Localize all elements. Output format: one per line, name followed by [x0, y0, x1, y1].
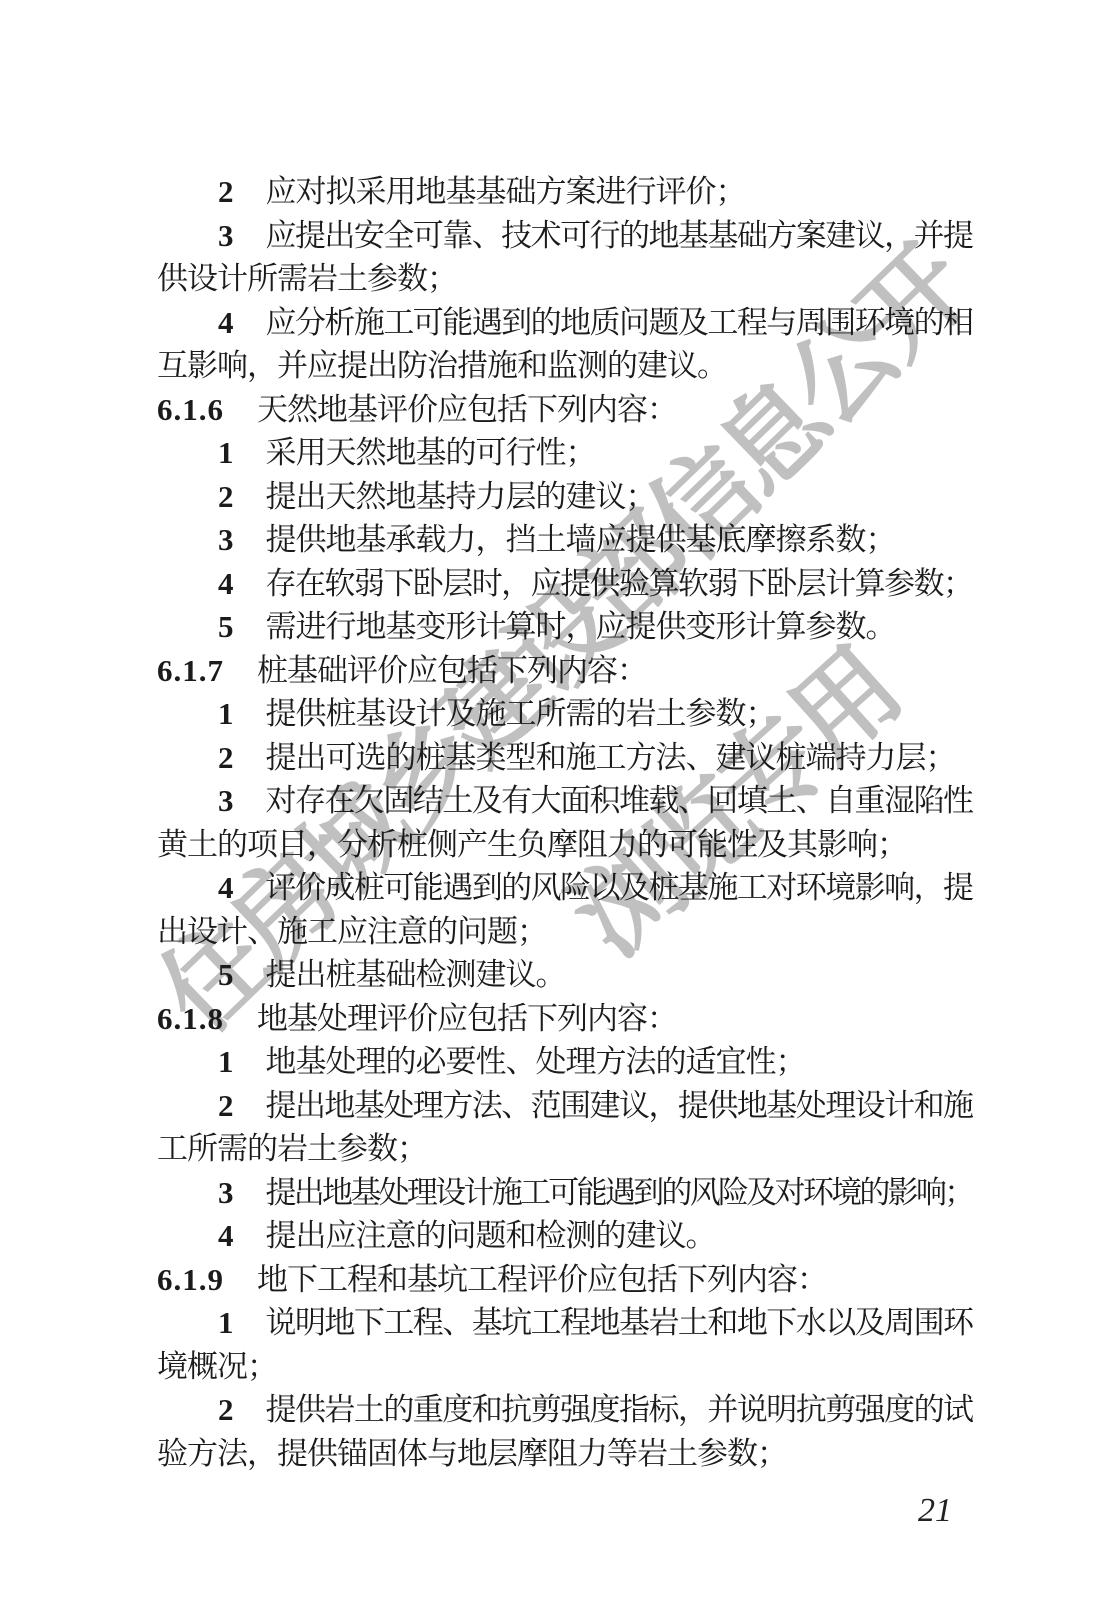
line-text: 地基处理的必要性、处理方法的适宜性；	[266, 1044, 806, 1079]
line-text: 评价成桩可能遇到的风险以及桩基施工对环境影响，提	[266, 870, 973, 905]
line-text: 验方法，提供锚固体与地层摩阻力等岩土参数；	[157, 1436, 787, 1471]
line-text: 应提出安全可靠、技术可行的地基基础方案建议，并提	[266, 218, 973, 253]
item-number: 1	[218, 1305, 235, 1340]
item-number: 3	[218, 783, 235, 818]
line-text: 需进行地基变形计算时，应提供变形计算参数。	[266, 609, 896, 644]
numbered-item-line: 4提出应注意的问题和检测的建议。	[157, 1214, 973, 1258]
item-number: 4	[218, 1218, 235, 1253]
numbered-item-line: 2提出可选的桩基类型和施工方法、建议桩端持力层；	[157, 736, 973, 780]
item-number: 2	[218, 1088, 235, 1123]
line-text: 地下工程和基坑工程评价应包括下列内容：	[257, 1262, 827, 1297]
numbered-item-line: 2提出地基处理方法、范围建议，提供地基处理设计和施	[157, 1084, 973, 1128]
numbered-item-line: 4评价成桩可能遇到的风险以及桩基施工对环境影响，提	[157, 866, 973, 910]
line-text: 提出地基处理方法、范围建议，提供地基处理设计和施	[266, 1088, 973, 1123]
numbered-item-line: 3对存在欠固结土及有大面积堆载、回填土、自重湿陷性	[157, 779, 973, 823]
line-text: 提出天然地基持力层的建议；	[266, 479, 656, 514]
clause-heading-line: 6.1.7桩基础评价应包括下列内容：	[157, 649, 973, 693]
numbered-item-line: 1地基处理的必要性、处理方法的适宜性；	[157, 1040, 973, 1084]
clause-heading-line: 6.1.8地基处理评价应包括下列内容：	[157, 997, 973, 1041]
item-number: 1	[218, 435, 235, 470]
item-number: 5	[218, 609, 235, 644]
continuation-line: 工所需的岩土参数；	[157, 1127, 973, 1171]
text-block: 2应对拟采用地基基础方案进行评价；3应提出安全可靠、技术可行的地基基础方案建议，…	[157, 170, 973, 1475]
line-text: 互影响，并应提出防治措施和监测的建议。	[157, 348, 727, 383]
line-text: 地基处理评价应包括下列内容：	[257, 1001, 677, 1036]
clause-heading-line: 6.1.9地下工程和基坑工程评价应包括下列内容：	[157, 1258, 973, 1302]
line-text: 提出应注意的问题和检测的建议。	[266, 1218, 716, 1253]
continuation-line: 出设计、施工应注意的问题；	[157, 910, 973, 954]
line-text: 提供地基承载力，挡土墙应提供基底摩擦系数；	[266, 522, 896, 557]
numbered-item-line: 2应对拟采用地基基础方案进行评价；	[157, 170, 973, 214]
line-text: 黄土的项目，分析桩侧产生负摩阻力的可能性及其影响；	[157, 827, 907, 862]
line-text: 采用天然地基的可行性；	[266, 435, 596, 470]
numbered-item-line: 4应分析施工可能遇到的地质问题及工程与周围环境的相	[157, 301, 973, 345]
item-number: 5	[218, 957, 235, 992]
clause-number: 6.1.9	[157, 1262, 224, 1297]
numbered-item-line: 1采用天然地基的可行性；	[157, 431, 973, 475]
continuation-line: 境概况；	[157, 1345, 973, 1389]
line-text: 提供岩土的重度和抗剪强度指标，并说明抗剪强度的试	[266, 1392, 973, 1427]
continuation-line: 互影响，并应提出防治措施和监测的建议。	[157, 344, 973, 388]
continuation-line: 黄土的项目，分析桩侧产生负摩阻力的可能性及其影响；	[157, 823, 973, 867]
clause-number: 6.1.7	[157, 653, 224, 688]
item-number: 4	[218, 870, 235, 905]
continuation-line: 验方法，提供锚固体与地层摩阻力等岩土参数；	[157, 1432, 973, 1476]
item-number: 3	[218, 522, 235, 557]
line-text: 提出桩基础检测建议。	[266, 957, 566, 992]
line-text: 说明地下工程、基坑工程地基岩土和地下水以及周围环	[266, 1305, 973, 1340]
line-text: 桩基础评价应包括下列内容：	[257, 653, 647, 688]
page-number: 21	[918, 1492, 952, 1530]
line-text: 供设计所需岩土参数；	[157, 261, 457, 296]
clause-number: 6.1.8	[157, 1001, 224, 1036]
numbered-item-line: 5提出桩基础检测建议。	[157, 953, 973, 997]
line-text: 提出地基处理设计施工可能遇到的风险及对环境的影响；	[266, 1175, 973, 1210]
numbered-item-line: 1提供桩基设计及施工所需的岩土参数；	[157, 692, 973, 736]
line-text: 提供桩基设计及施工所需的岩土参数；	[266, 696, 776, 731]
item-number: 4	[218, 566, 235, 601]
numbered-item-line: 1说明地下工程、基坑工程地基岩土和地下水以及周围环	[157, 1301, 973, 1345]
item-number: 3	[218, 218, 235, 253]
item-number: 2	[218, 174, 235, 209]
line-text: 出设计、施工应注意的问题；	[157, 914, 547, 949]
numbered-item-line: 4存在软弱下卧层时，应提供验算软弱下卧层计算参数；	[157, 562, 973, 606]
item-number: 1	[218, 1044, 235, 1079]
clause-number: 6.1.6	[157, 392, 224, 427]
item-number: 4	[218, 305, 235, 340]
numbered-item-line: 3应提出安全可靠、技术可行的地基基础方案建议，并提	[157, 214, 973, 258]
line-text: 对存在欠固结土及有大面积堆载、回填土、自重湿陷性	[266, 783, 973, 818]
continuation-line: 供设计所需岩土参数；	[157, 257, 973, 301]
document-page: 住房城乡建设部信息公开 浏览专用 2应对拟采用地基基础方案进行评价；3应提出安全…	[0, 0, 1103, 1598]
line-text: 天然地基评价应包括下列内容：	[257, 392, 677, 427]
numbered-item-line: 2提供岩土的重度和抗剪强度指标，并说明抗剪强度的试	[157, 1388, 973, 1432]
clause-heading-line: 6.1.6天然地基评价应包括下列内容：	[157, 388, 973, 432]
item-number: 2	[218, 740, 235, 775]
line-text: 应分析施工可能遇到的地质问题及工程与周围环境的相	[266, 305, 973, 340]
line-text: 提出可选的桩基类型和施工方法、建议桩端持力层；	[266, 740, 956, 775]
line-text: 存在软弱下卧层时，应提供验算软弱下卧层计算参数；	[266, 566, 973, 601]
numbered-item-line: 3提出地基处理设计施工可能遇到的风险及对环境的影响；	[157, 1171, 973, 1215]
item-number: 2	[218, 1392, 235, 1427]
item-number: 1	[218, 696, 235, 731]
item-number: 3	[218, 1175, 235, 1210]
item-number: 2	[218, 479, 235, 514]
numbered-item-line: 3提供地基承载力，挡土墙应提供基底摩擦系数；	[157, 518, 973, 562]
numbered-item-line: 2提出天然地基持力层的建议；	[157, 475, 973, 519]
numbered-item-line: 5需进行地基变形计算时，应提供变形计算参数。	[157, 605, 973, 649]
line-text: 境概况；	[157, 1349, 277, 1384]
line-text: 应对拟采用地基基础方案进行评价；	[266, 174, 746, 209]
line-text: 工所需的岩土参数；	[157, 1131, 427, 1166]
